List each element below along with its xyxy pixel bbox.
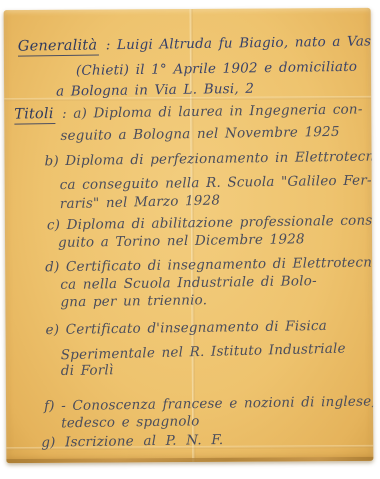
handwritten-line: d) Certificato di insegnamento di Elettr… — [45, 254, 373, 275]
handwritten-line: e) Certificato d'insegnamento di Fisica — [45, 318, 327, 338]
handwritten-line: (Chieti) il 1° Aprile 1902 e domiciliato — [76, 59, 357, 79]
handwritten-line: c) Diploma di abilitazione professionale… — [47, 212, 374, 233]
handwritten-line: ca nella Scuola Industriale di Bolo- — [60, 273, 317, 293]
handwritten-line: guito a Torino nel Dicembre 1928 — [58, 231, 305, 251]
line-titoli: Titoli : a) Diploma di laurea in Ingegne… — [14, 101, 362, 122]
line-generalita: Generalità : Luigi Altruda fu Biagio, na… — [18, 33, 374, 54]
paper-bottom-edge-shadow — [6, 457, 373, 463]
handwritten-line: Sperimentale nel R. Istituto Industriale — [61, 341, 346, 364]
generalita-text: : Luigi Altruda fu Biagio, nato a Vasto — [99, 33, 373, 53]
handwritten-line: ca conseguito nella R. Scuola "Galileo F… — [60, 173, 372, 194]
handwritten-line: gna per un triennio. — [60, 292, 207, 310]
titoli-text: : a) Diploma di laurea in Ingegneria con… — [55, 101, 362, 122]
handwritten-line: tedesco e spagnolo — [61, 413, 200, 431]
handwritten-line: raris" nel Marzo 1928 — [60, 192, 221, 212]
handwritten-line: g) Iscrizione al P. N. F. — [41, 432, 223, 451]
handwritten-line: b) Diploma di perfezionamento in Elettro… — [44, 148, 373, 169]
handwritten-letter-paper: Generalità : Luigi Altruda fu Biagio, na… — [4, 8, 374, 463]
generalita-heading: Generalità — [18, 37, 100, 56]
handwritten-line: di Forlì — [61, 362, 114, 379]
handwritten-line: a Bologna in Via L. Busi, 2 — [56, 81, 254, 100]
handwritten-line: f) - Conoscenza francese e nozioni di in… — [44, 393, 373, 414]
titoli-heading: Titoli — [14, 106, 56, 125]
handwritten-line: seguito a Bologna nel Novembre 1925 — [60, 124, 340, 144]
